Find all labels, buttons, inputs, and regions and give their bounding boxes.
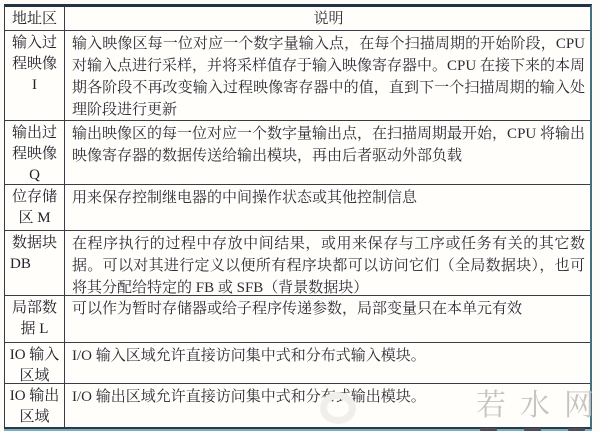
description-cell: 可以作为暂时存储器或给子程序传递参数，局部变量只在本单元有效	[65, 296, 590, 342]
area-label-line: IO 输出	[5, 386, 64, 407]
watermark-artifact	[320, 392, 356, 424]
area-label-line: 程映像	[5, 144, 64, 165]
area-label-line: 输出过	[5, 123, 64, 144]
area-cell: 位存储 区 M	[5, 185, 65, 230]
description-cell: 输入映像区每一位对应一个数字量输入点，在每个扫描周期的开始阶段，CPU 对输入点…	[65, 31, 590, 120]
area-cell: 局部数 据 L	[5, 296, 65, 342]
area-label-line: 程映像	[5, 54, 64, 75]
watermark-dash	[568, 428, 585, 431]
watermark-dash	[524, 428, 541, 431]
header-description: 说明	[65, 7, 590, 30]
table-row-io-input: IO 输入 区域 I/O 输入区域允许直接访问集中式和分布式输入模块。	[5, 343, 590, 384]
description-cell: 在程序执行的过程中存放中间结果，或用来保存与工序或任务有关的其它数据。可以对其进…	[65, 231, 590, 295]
area-label-line: 据 L	[5, 319, 64, 340]
area-label-line: 局部数	[5, 298, 64, 319]
area-label-line: 数据块	[5, 233, 64, 254]
area-label-line: 输入过	[5, 33, 64, 54]
area-label-line: 位存储	[5, 187, 64, 208]
area-label-line: IO 输入	[5, 345, 64, 366]
description-cell: I/O 输入区域允许直接访问集中式和分布式输入模块。	[65, 343, 590, 383]
area-cell: IO 输入 区域	[5, 343, 65, 383]
table-row-local-data: 局部数 据 L 可以作为暂时存储器或给子程序传递参数，局部变量只在本单元有效	[5, 296, 590, 343]
area-label-line: 区域	[5, 366, 64, 384]
area-cell: IO 输出 区域	[5, 384, 65, 427]
area-cell: 输入过 程映像 I	[5, 31, 65, 120]
description-cell: 用来保存控制继电器的中间操作状态或其他控制信息	[65, 185, 590, 230]
area-cell: 输出过 程映像 Q	[5, 121, 65, 184]
document-page: 地址区 说明 输入过 程映像 I 输入映像区每一位对应一个数字量输入点，在每个扫…	[0, 0, 600, 432]
table-row-input-image: 输入过 程映像 I 输入映像区每一位对应一个数字量输入点，在每个扫描周期的开始阶…	[5, 31, 590, 121]
watermark-text: 若水网	[476, 380, 600, 424]
table-row-bit-memory: 位存储 区 M 用来保存控制继电器的中间操作状态或其他控制信息	[5, 185, 590, 231]
area-label-line: 区 M	[5, 208, 64, 229]
area-label-line: I	[5, 75, 64, 96]
description-cell: 输出映像区的每一位对应一个数字量输出点，在扫描周期最开始，CPU 将输出映像寄存…	[65, 121, 590, 184]
table-row-output-image: 输出过 程映像 Q 输出映像区的每一位对应一个数字量输出点，在扫描周期最开始，C…	[5, 121, 590, 185]
area-cell: 数据块 DB	[5, 231, 65, 295]
area-label-line: DB	[5, 254, 64, 275]
plc-address-area-table: 地址区 说明 输入过 程映像 I 输入映像区每一位对应一个数字量输入点，在每个扫…	[4, 4, 592, 429]
area-label-line: 区域	[5, 407, 64, 427]
header-address-area: 地址区	[5, 7, 65, 30]
table-row-data-block: 数据块 DB 在程序执行的过程中存放中间结果，或用来保存与工序或任务有关的其它数…	[5, 231, 590, 296]
watermark-dash	[480, 428, 497, 431]
table-header-row: 地址区 说明	[5, 7, 590, 31]
watermark-underline-marks	[480, 428, 585, 431]
area-label-line: Q	[5, 165, 64, 185]
